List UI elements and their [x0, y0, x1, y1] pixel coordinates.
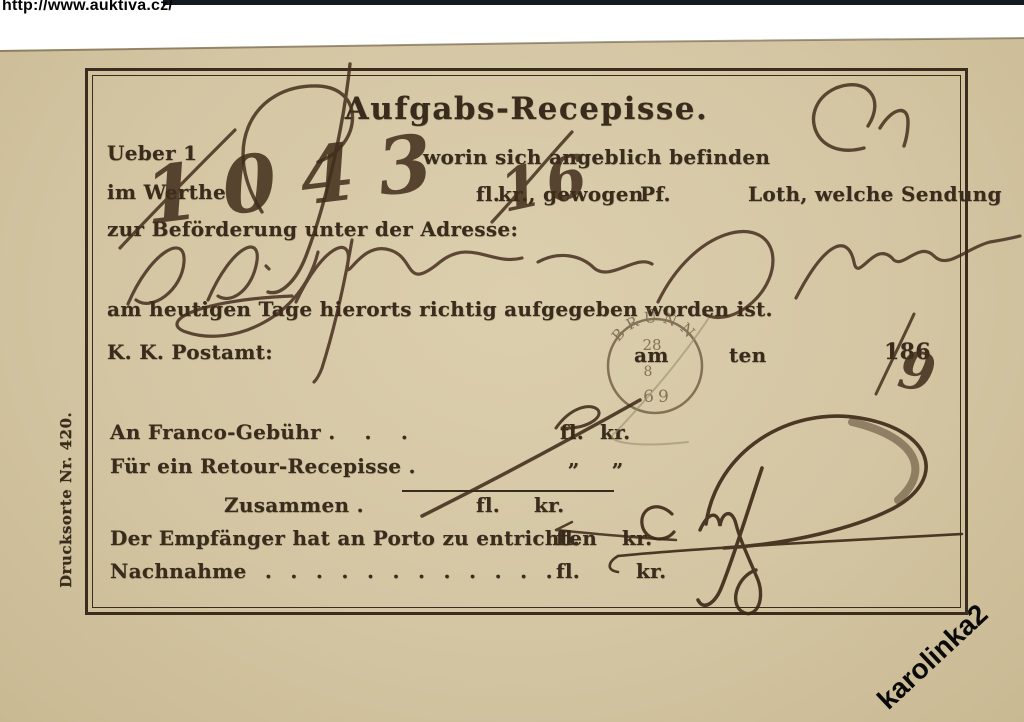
label-loth: Loth, welche Sendung	[748, 183, 1002, 205]
label-ueber: Ueber 1	[107, 142, 197, 164]
fee-row-zusammen-kr: kr.	[534, 494, 564, 516]
fee-row-retour-ditto1: „	[568, 448, 580, 470]
form-title: Aufgabs-Recepisse.	[85, 92, 968, 126]
label-postamt: K. K. Postamt:	[107, 341, 273, 363]
form-print-number: Drucksorte Nr. 420.	[58, 412, 75, 588]
label-worin: worin sich angeblich befinden	[423, 146, 770, 168]
fee-row-porto-kr: kr.	[622, 527, 652, 549]
scanner-edge-bar	[163, 0, 1024, 5]
fee-row-franco-label: An Franco-Gebühr . . .	[110, 421, 408, 443]
fee-row-retour-label: Für ein Retour-Recepisse .	[110, 455, 416, 477]
sum-rule	[402, 490, 614, 492]
fee-row-nachnahme-kr: kr.	[636, 560, 666, 582]
fee-row-porto-fl: fl.	[556, 527, 580, 549]
fee-row-porto-label: Der Empfänger hat an Porto zu entrichten	[110, 527, 597, 549]
label-am: am	[634, 344, 669, 366]
label-pf: Pf.	[640, 183, 671, 205]
label-adresse: zur Beförderung unter der Adresse:	[107, 218, 518, 240]
fee-row-nachnahme-fl: fl.	[556, 560, 580, 582]
fee-row-nachnahme-label: Nachnahme . . . . . . . . . . . .	[110, 560, 553, 582]
label-year-prefix: 186	[884, 340, 931, 364]
label-kr-gewogen: kr., gewogen	[498, 183, 644, 205]
label-ten: ten	[729, 344, 766, 366]
fee-row-franco-fl: fl.	[560, 421, 584, 443]
fee-row-franco-kr: kr.	[600, 421, 630, 443]
label-im-werthe: im Werthe	[107, 181, 226, 203]
fee-row-zusammen-label: Zusammen .	[224, 494, 364, 516]
fee-row-retour-ditto2: „	[612, 448, 624, 470]
watermark-site-url: http://www.auktiva.cz/	[2, 0, 173, 15]
label-fl-unit: fl.	[476, 183, 500, 205]
label-aufgegeben: am heutigen Tage hierorts richtig aufgeg…	[107, 298, 773, 320]
fee-row-zusammen-fl: fl.	[476, 494, 500, 516]
